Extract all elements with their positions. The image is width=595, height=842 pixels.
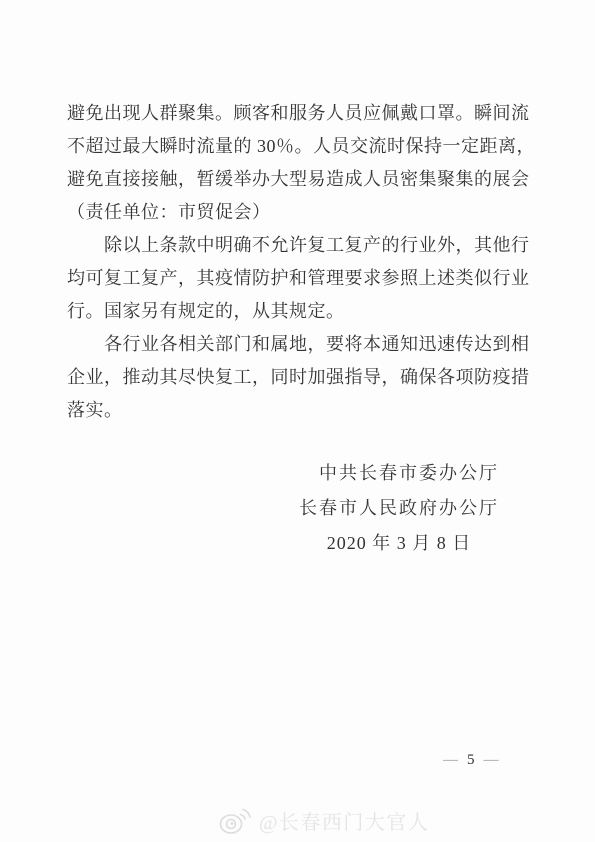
document-body: 避免出现人群聚集。顾客和服务人员应佩戴口罩。瞬间流量 不超过最大瞬时流量的 30… <box>67 97 529 427</box>
page-number-dash-right: — <box>484 752 499 769</box>
signing-org-1: 中共长春市委办公厅 <box>319 456 499 491</box>
paragraph-3-line: 各行业各相关部门和属地，要将本通知迅速传达到相关 <box>67 328 529 361</box>
page-number-value: 5 <box>467 752 475 769</box>
paragraph-1-line: 不超过最大瞬时流量的 30％。人员交流时保持一定距离，并 <box>67 130 529 163</box>
weibo-icon <box>218 804 252 836</box>
paragraph-3-line: 落实。 <box>67 394 529 427</box>
paragraph-1-line: 避免直接接触，暂缓举办大型易造成人员密集聚集的展会。 <box>67 163 529 196</box>
paragraph-1-line: 避免出现人群聚集。顾客和服务人员应佩戴口罩。瞬间流量 <box>67 97 529 130</box>
paragraph-2-line: 行。国家另有规定的，从其规定。 <box>67 295 529 328</box>
signing-org-2: 长春市人民政府办公厅 <box>299 491 499 526</box>
page-number-dash-left: — <box>443 752 458 769</box>
signature-date: 2020 年 3 月 8 日 <box>327 526 472 561</box>
paragraph-2-line: 均可复工复产，其疫情防护和管理要求参照上述类似行业执 <box>67 262 529 295</box>
paragraph-3-line: 企业，推动其尽快复工，同时加强指导，确保各项防疫措施 <box>67 361 529 394</box>
paragraph-1-responsible-unit: （责任单位：市贸促会） <box>67 196 529 229</box>
signature-block: 中共长春市委办公厅 长春市人民政府办公厅 2020 年 3 月 8 日 <box>299 456 499 561</box>
watermark-text: @长春西门大官人 <box>259 806 429 835</box>
paragraph-2-line: 除以上条款中明确不允许复工复产的行业外，其他行业 <box>67 229 529 262</box>
watermark: @长春西门大官人 <box>218 804 429 836</box>
document-page: 避免出现人群聚集。顾客和服务人员应佩戴口罩。瞬间流量 不超过最大瞬时流量的 30… <box>0 0 595 842</box>
page-number: — 5 — <box>443 752 499 769</box>
